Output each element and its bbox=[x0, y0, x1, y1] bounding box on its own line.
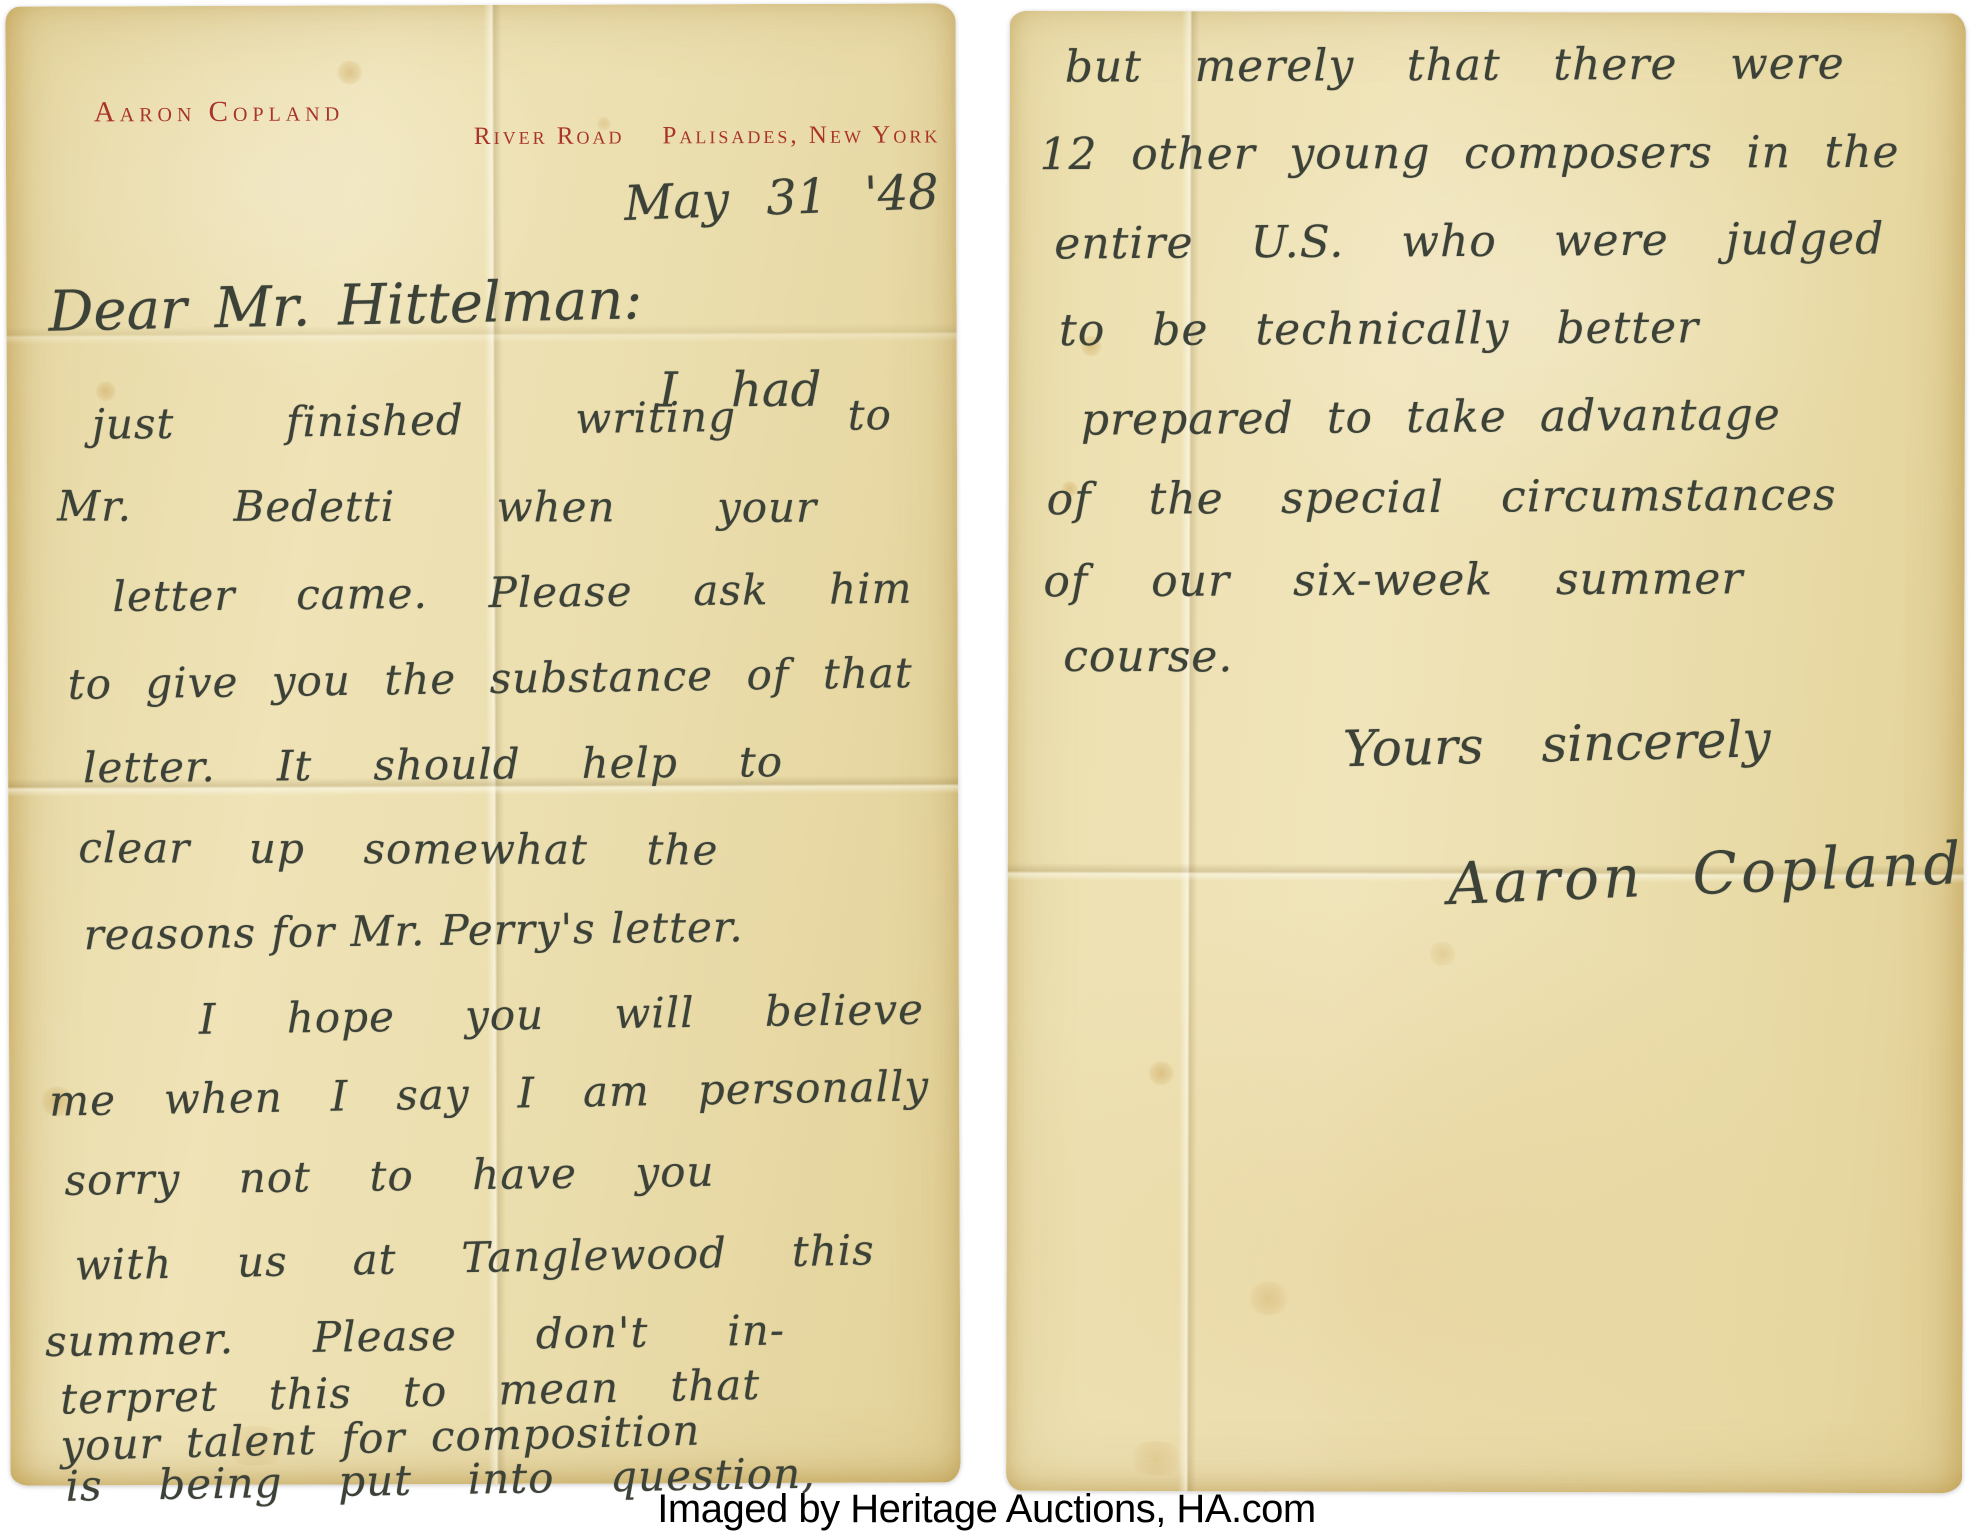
letter-page-1: Aaron Copland River Road Palisades, New … bbox=[5, 3, 960, 1485]
letterhead-address-city: Palisades, New York bbox=[662, 121, 940, 150]
page1-line-11: with us at Tanglewood this bbox=[74, 1227, 875, 1291]
page2-line-8: course. bbox=[1063, 633, 1233, 682]
page1-line-10: sorry not to have you bbox=[64, 1149, 715, 1206]
page1-line-5: letter. It should help to bbox=[83, 739, 783, 793]
page2-line-3: entire U.S. who were judged bbox=[1054, 215, 1884, 271]
paper-stain bbox=[1247, 1281, 1291, 1315]
page2-line-7: of our six-week summer bbox=[1043, 555, 1743, 609]
page1-line-6: clear up somewhat the bbox=[78, 825, 718, 876]
page1-line-4: to give you the substance of that bbox=[67, 650, 913, 710]
letter-page-2: but merely that there were 12 other youn… bbox=[1006, 11, 1966, 1493]
paper-stain bbox=[336, 60, 364, 84]
page2-line-5: prepared to take advantage bbox=[1081, 391, 1781, 447]
page1-line-2: Mr. Bedetti when your bbox=[57, 483, 817, 533]
page2-line-2: 12 other young composers in the bbox=[1039, 129, 1899, 182]
page2-line-6: of the special circumstances bbox=[1047, 471, 1837, 526]
page1-line-12: summer. Please don't in- bbox=[45, 1307, 786, 1367]
page1-line-9: me when I say I am personally bbox=[49, 1063, 930, 1127]
letterhead-address-street: River Road bbox=[474, 123, 625, 152]
page1-line-3: letter came. Please ask him bbox=[112, 566, 912, 623]
signature: Aaron Copland bbox=[1447, 832, 1966, 917]
salutation: Dear Mr. Hittelman: bbox=[48, 269, 643, 343]
page2-line-4: to be technically better bbox=[1059, 304, 1699, 357]
scan-background: Aaron Copland River Road Palisades, New … bbox=[0, 0, 1973, 1535]
page1-line-7: reasons for Mr. Perry's letter. bbox=[83, 904, 744, 960]
paper-stain bbox=[95, 381, 117, 401]
page1-line-8: I hope you will believe bbox=[199, 987, 925, 1045]
paper-stain bbox=[1427, 942, 1457, 966]
closing: Yours sincerely bbox=[1342, 712, 1771, 777]
letterhead-name: Aaron Copland bbox=[94, 95, 344, 129]
photo-credit: Imaged by Heritage Auctions, HA.com bbox=[0, 1487, 1973, 1532]
page2-line-1: but merely that there were bbox=[1065, 40, 1845, 94]
page1-line-1: just finished writing to bbox=[92, 392, 893, 450]
letter-date: May 31 '48 bbox=[623, 166, 940, 231]
paper-stain bbox=[1147, 1061, 1175, 1085]
paper-stain bbox=[1126, 1441, 1186, 1475]
letterhead-address: River Road Palisades, New York bbox=[474, 121, 941, 151]
